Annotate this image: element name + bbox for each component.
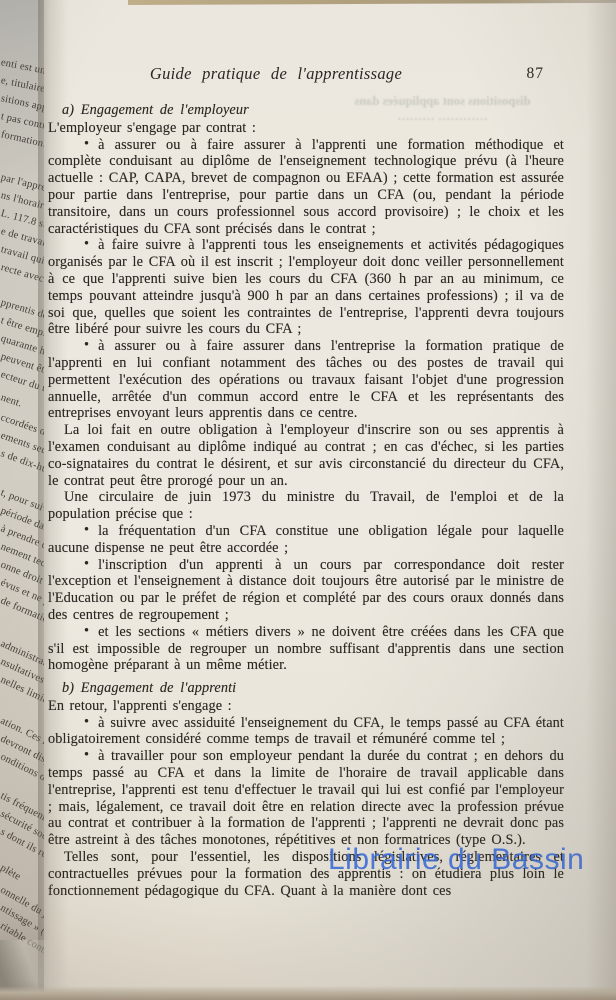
paragraph: La loi fait en outre obligation à l'empl… [48, 422, 564, 489]
section-heading: b) Engagement de l'apprenti [48, 680, 564, 697]
bullet-icon: • [66, 556, 89, 573]
bullet-icon: • [66, 623, 89, 640]
paragraph: •à suivre avec assiduité l'enseignement … [48, 715, 564, 749]
paragraph: L'employeur s'engage par contrat : [48, 120, 564, 137]
bullet-icon: • [66, 337, 89, 354]
paragraph: •à assurer ou à faire assurer dans l'ent… [48, 338, 564, 422]
bookseller-watermark: Librairie du Bassin [328, 843, 616, 877]
bullet-icon: • [66, 136, 89, 153]
paragraph: •à travailler pour son employeur pendant… [48, 748, 564, 849]
paragraph: •l'inscription d'un apprenti à un cours … [48, 557, 564, 624]
paragraph: En retour, l'apprenti s'engage : [48, 698, 564, 715]
bullet-icon: • [66, 747, 89, 764]
facing-page-text-fragment: plète [0, 863, 22, 883]
background-edge-top [128, 0, 616, 5]
paragraph: •à assurer ou à faire assurer à l'appren… [48, 137, 564, 238]
paragraph: •et les sections « métiers divers » ne d… [48, 624, 564, 674]
paragraph: Une circulaire de juin 1973 du ministre … [48, 489, 564, 523]
facing-page-text-fragment: nent. [0, 392, 23, 409]
book-page-photo: enti est un joe, titulaire d'usitions ap… [0, 0, 616, 1000]
paragraph: •à faire suivre à l'apprenti tous les en… [48, 237, 564, 338]
page-body: a) Engagement de l'employeurL'employeur … [48, 96, 564, 899]
bullet-icon: • [66, 714, 89, 731]
page-number: 87 [527, 65, 545, 83]
page-header: Guide pratique de l'apprentissage 87 [48, 64, 564, 86]
section-heading: a) Engagement de l'employeur [48, 102, 564, 119]
running-title: Guide pratique de l'apprentissage [48, 64, 564, 84]
bullet-icon: • [66, 522, 89, 539]
bullet-icon: • [66, 236, 89, 253]
paragraph: •la fréquentation d'un CFA constitue une… [48, 523, 564, 557]
background-edge-bottom [0, 986, 616, 1000]
